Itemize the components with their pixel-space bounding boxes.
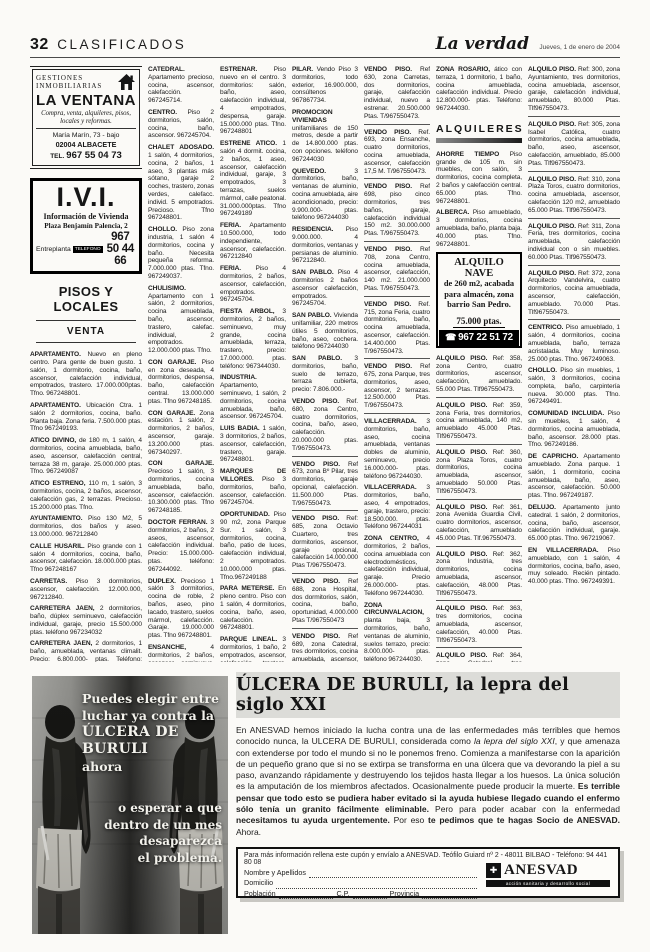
classified-ad: CARRETERA JAEN, 2 dormitorios, baño, dúp…	[30, 605, 142, 636]
ivi-floor: Entreplanta	[36, 246, 71, 253]
classified-ad: APARTAMENTO. Nuevo en pleno centro. Para…	[30, 351, 142, 398]
alquileres-listings: AHORRE TIEMPO Piso grande de 105 m. sin …	[436, 151, 522, 249]
classified-ad: INDUSTRIA. Apartamento, seminuevo, 1 sal…	[220, 374, 286, 421]
nave-phone-number: 967 22 51 72	[458, 332, 513, 343]
coupon-fields: Nombre y Apellidos Domicilio Población C…	[244, 868, 480, 900]
photo-overlay-text-bottom: o esperar a quedentro de un mesdesaparez…	[104, 800, 222, 866]
address-field-row: Domicilio	[244, 878, 480, 889]
classified-ad: VENDO PISO. Ref. 680, zona Centro, cuatr…	[292, 398, 358, 457]
column-6: ZONA ROSARIO, ático con terraza, 1 dormi…	[436, 66, 522, 662]
section-heading: 32 CLASIFICADOS	[30, 36, 186, 54]
classified-ad: ALQUILO PISO. Ref: 372, zona Arquitecto …	[528, 270, 620, 321]
classified-ad: ALQUILO PISO. Ref: 363, tres dormitorios…	[436, 605, 522, 648]
masthead: La verdad Jueves, 1 de enero de 2004	[436, 34, 620, 54]
classified-ad: CHOLLO. Piso zona industria, 1 salón 4 d…	[148, 226, 214, 281]
agency-city: 02004 ALBACETE	[36, 140, 136, 149]
classified-ad: CENTRICO. Piso amueblado, 1 salón, 4 dor…	[528, 324, 620, 363]
body-segment: Ahora.	[236, 827, 261, 837]
classified-ad: APARTAMENTO. Ubicación Ctra. 1 salón 2 d…	[30, 402, 142, 433]
body-segment: Pero para poder acabar con la enfermedad	[429, 804, 620, 814]
classified-ad: CARRETERA JAEN, 2 dormitorios, 1 baño, a…	[30, 640, 142, 662]
province-field-line	[422, 890, 477, 899]
ad-text-area: ÚLCERA DE BURULI, la lepra del siglo XXI…	[236, 672, 620, 898]
kicker-line-2: INMOBILIARIAS	[36, 82, 102, 90]
anesvad-logo-row: ✚ ANESVAD	[486, 862, 610, 879]
classified-ad: COMUNIDAD INCLUIDA. Piso sin muebles, 1 …	[528, 410, 620, 449]
anesvad-logo-text: ANESVAD	[504, 862, 578, 879]
classified-ad: PILAR. Vendo Piso 3 dormitorios, todo ex…	[292, 66, 358, 105]
house-icon	[117, 74, 136, 92]
classified-ad: ATICO ESTRENO, 110 m, 1 salón, 3 dormito…	[30, 480, 142, 511]
name-field-line	[309, 869, 477, 878]
classified-ad: VILLACERRADA. 3 dormitorios, baño, aseo,…	[364, 484, 430, 531]
province-field-label: Provincia	[390, 889, 420, 900]
agency-address: María Marín, 73 - bajo	[36, 132, 136, 139]
classified-ad: VENDO PISO. Ref. 715, zona Feria, cuatro…	[364, 301, 430, 360]
body-segment: la lepra del siglo XXI	[474, 736, 555, 746]
nave-line-1: de 260 m2, acabada	[439, 279, 519, 290]
ivi-address: Plaza Benjamín Palencia, 2	[36, 222, 136, 230]
column-4: PILAR. Vendo Piso 3 dormitorios, todo ex…	[292, 66, 358, 662]
classified-ad: ZONA CIRCUNVALACION, planta baja, 3 dorm…	[364, 602, 430, 662]
classifieds-area: GESTIONES INMOBILIARIAS LA VENTANA Compr…	[30, 66, 620, 662]
agency-tagline: Compra, venta, alquileres, pisos, locale…	[36, 110, 136, 129]
photo-overlay-line: luchar ya contra la	[82, 707, 228, 724]
classified-ad: ALQUILO PISO. Ref: 305, zona Isabel Cató…	[528, 121, 620, 172]
name-field-row: Nombre y Apellidos	[244, 868, 480, 879]
ivi-name: I.V.I.	[36, 184, 136, 211]
ivi-agency-ad: I.V.I. Información de Vivienda Plaza Ben…	[30, 178, 142, 274]
photo-overlay-line: dentro de un mes	[104, 817, 222, 834]
classified-ad: SAN PABLO. Piso 4 dormitorios 2 baños as…	[292, 269, 358, 308]
photo-overlay-line: ahora	[82, 758, 228, 775]
photo-overlay-line: el problema.	[104, 850, 222, 867]
section-title: CLASIFICADOS	[57, 37, 186, 52]
classified-ad: CENTRO. Piso 2 dormitorios, salón, cocin…	[148, 109, 214, 140]
classified-ad: LUIS BADIA. 1 salón, 3 dormitorios, 2 ba…	[220, 425, 286, 464]
classified-ad: OPORTUNIDAD. Piso 90 m2, zona Parque Sur…	[220, 511, 286, 581]
classified-ad: EN VILLACERRADA. Piso amueblado, con 1 s…	[528, 547, 620, 586]
classified-ad: ALQUILO PISO. Ref: 311, Zona Feria, tres…	[528, 223, 620, 266]
la-ventana-agency-ad: GESTIONES INMOBILIARIAS LA VENTANA Compr…	[32, 69, 140, 166]
classified-ad: DOCTOR FERRAN. 3 dormitorios, 2 baños, 2…	[148, 519, 214, 574]
classified-ad: ALQUILO PISO. Ref: 359, zona Feria, tres…	[436, 402, 522, 445]
city-field-row: Población C.P. Provincia	[244, 889, 480, 900]
column-1: GESTIONES INMOBILIARIAS LA VENTANA Compr…	[30, 66, 142, 662]
classified-ad: ESTRENAR. Piso nuevo en el centro. 3 dor…	[220, 66, 286, 136]
classified-ad: VENDO PISO. Ref 698, piso cinco dormitor…	[364, 183, 430, 242]
classified-ad: CARRETAS. Piso 3 dormitorios, ascensor, …	[30, 578, 142, 601]
page-header: 32 CLASIFICADOS La verdad Jueves, 1 de e…	[30, 28, 620, 58]
coupon-form: Para más información rellena este cupón …	[236, 847, 620, 898]
phone-label: TEL.	[50, 153, 64, 160]
classified-ad: VENDO PISO. Ref. 693, zona Ensanche, cua…	[364, 129, 430, 180]
classified-ad: CHALET ADOSADO. 1 salón, 4 dormitorios, …	[148, 144, 214, 222]
agency-name: LA VENTANA	[36, 92, 136, 109]
buruli-campaign-ad: Puedes elegir entreluchar ya contra laÚL…	[30, 668, 620, 948]
nave-title: ALQUILO NAVE	[439, 257, 519, 279]
classified-ad: ATICO DIVINO, de 180 m, 1 salón, 4 dormi…	[30, 437, 142, 476]
classified-ad: DUPLEX. Precioso 1 salón 3 dormitorios, …	[148, 578, 214, 640]
pisos-locales-title: PISOS Y LOCALES	[30, 284, 142, 314]
classified-ad: ALQUILO PISO. Ref: 358, zona Centro, cua…	[436, 355, 522, 398]
anesvad-emblem-icon: ✚	[486, 863, 501, 878]
body-segment: te pedimos que te hagas Socio de ANESVAD…	[428, 815, 620, 825]
classified-ad: CALLE HUSARIL. Piso grande con 1 salón 4…	[30, 543, 142, 574]
classified-ad: CATEDRAL. Apartamento precioso, cocina, …	[148, 66, 214, 105]
classified-ad: VENDO PISO. Ref 630, zona Carretas, dos …	[364, 66, 430, 125]
classified-ad: ZONA ROSARIO, ático con terraza, 1 dormi…	[436, 66, 522, 113]
classified-ad: VENDO PISO. Ref 675, zona Parque, tres d…	[364, 363, 430, 414]
classified-ad: VENDO PISO. Ref 673, zona Bº Pilar, tres…	[292, 461, 358, 512]
kicker-line-1: GESTIONES	[36, 74, 83, 82]
classified-ad: AHORRE TIEMPO Piso grande de 105 m. sin …	[436, 151, 522, 206]
ad-headline: ÚLCERA DE BURULI, la lepra del siglo XXI	[236, 675, 620, 715]
classified-ad: MARQUES DE VILLORES. Piso 3 dormitorios,…	[220, 468, 286, 507]
photo-overlay-line: Puedes elegir entre	[82, 690, 228, 707]
classified-ad: CON GARAJE. Piso en zona deseada, 4 dorm…	[148, 359, 214, 406]
classified-ad: FERIA. Apartamento 10.500.000, todo inde…	[220, 222, 286, 261]
classified-ad: CHULISIMO. Apartamento con 1 salón, 2 do…	[148, 285, 214, 355]
classified-ad: ALQUILO PISO. Ref: 300, zona Ayuntamient…	[528, 66, 620, 117]
classified-ad: VENDO PISO. Ref 708, zona Centro, cocina…	[364, 246, 430, 297]
photo-overlay-text-top: Puedes elegir entreluchar ya contra laÚL…	[82, 690, 228, 775]
classified-ad: CON GARAJE. Precioso 1 salón, 3 dormitor…	[148, 460, 214, 515]
classified-ad: ALQUILO PISO. Ref: 360, zona Plaza Toros…	[436, 449, 522, 500]
classified-ad: RESIDENCIA. Piso 9.000.000. 4 dormitorio…	[292, 226, 358, 265]
venta-listings: APARTAMENTO. Nuevo en pleno centro. Para…	[30, 351, 142, 662]
classified-ad: SAN PABLO. Vivienda unifamiliar, 220 met…	[292, 312, 358, 351]
column-3: ESTRENAR. Piso nuevo en el centro. 3 dor…	[220, 66, 286, 662]
name-field-label: Nombre y Apellidos	[244, 868, 306, 879]
ivi-phone-row: Entreplanta TELEFONO 967 50 44 66	[36, 231, 136, 267]
nave-price: 75.000 ptas.	[453, 316, 504, 328]
classified-ad: ALQUILO PISO. Ref: 362, zona Industria, …	[436, 551, 522, 602]
section-divider-bar	[436, 138, 522, 143]
cp-field-label: C.P.	[336, 889, 349, 900]
classified-ad: ALQUILO PISO. Ref: 361, zona Avenida Gua…	[436, 504, 522, 547]
phone-number: 967 55 04 73	[66, 150, 121, 161]
telephone-icon: ☎	[445, 332, 456, 342]
classified-ad: ALQUILO PISO. Ref: 364, zona Catedral, t…	[436, 652, 522, 662]
photo-overlay-line: o esperar a que	[104, 800, 222, 817]
nave-phone-bar: ☎967 22 51 72	[439, 330, 519, 346]
classified-ad: AYUNTAMIENTO. Piso 130 M2, 5 dormitorios…	[30, 515, 142, 538]
column-5: VENDO PISO. Ref 630, zona Carretas, dos …	[364, 66, 430, 662]
ivi-subtitle: Información de Vivienda	[36, 212, 136, 221]
classified-ad: PARA METERSE. En pleno centro. Piso con …	[220, 585, 286, 632]
classified-ad: FERIA. Piso 4 dormitorios, 2 baños, asce…	[220, 265, 286, 304]
venta-section-header: VENTA	[36, 320, 136, 343]
cp-field-line	[353, 890, 387, 899]
newspaper-page: 32 CLASIFICADOS La verdad Jueves, 1 de e…	[0, 0, 650, 952]
campaign-photo: Puedes elegir entreluchar ya contra laÚL…	[32, 676, 228, 934]
photo-overlay-line: ÚLCERA DE BURULI	[82, 724, 228, 758]
classified-ad: FIESTA ARBOL, 3 dormitorios, 2 baños, se…	[220, 308, 286, 370]
page-number: 32	[30, 36, 49, 53]
city-field-line	[279, 890, 334, 899]
nave-line-3: barrio San Pedro.	[439, 300, 519, 311]
classified-ad: DELUJO. Apartamento junto catedral. 1 sa…	[528, 504, 620, 543]
agency-kicker: GESTIONES INMOBILIARIAS	[36, 74, 136, 90]
anesvad-logo: ✚ ANESVAD acción sanitaria y desarrollo …	[486, 862, 610, 887]
alquilo-nave-boxed-ad: ALQUILO NAVE de 260 m2, acabada para alm…	[436, 252, 522, 348]
newspaper-logo: La verdad	[436, 34, 529, 54]
classified-ad: CHOLLO. Piso sin muebles, 1 salón, 3 dor…	[528, 367, 620, 406]
classified-ad: PARQUE LINEAL. 3 dormitorios, 1 baño, 2 …	[220, 636, 286, 662]
classified-ad: CON GARAJE. Zona estación. 1 salón, 2 do…	[148, 410, 214, 457]
anesvad-tagline: acción sanitaria y desarrollo social	[486, 880, 610, 887]
alquileres-listings-agency: ALQUILO PISO. Ref: 358, zona Centro, cua…	[436, 355, 522, 662]
classified-ad: VENDO PISO. Ref 688, zona Hospital, dos …	[292, 578, 358, 629]
classified-ad: VILLACERRADA. 3 dormitorios, baño, aseo,…	[364, 418, 430, 480]
venta-listings-tail: ZONA ROSARIO, ático con terraza, 1 dormi…	[436, 66, 522, 113]
address-field-line	[276, 880, 477, 889]
body-segment: necesitamos tu ayuda urgentemente.	[236, 815, 390, 825]
classified-ad: DE CAPRICHO. Apartamento amueblado. Zona…	[528, 453, 620, 500]
classified-ad: ESTRENE ATICO. 1 salón 4 dormit. cocina,…	[220, 140, 286, 218]
classified-ad: PROMOCION VIVIENDAS unifamiliares de 150…	[292, 109, 358, 164]
column-2: CATEDRAL. Apartamento precioso, cocina, …	[148, 66, 214, 662]
city-field-label: Población	[244, 889, 276, 900]
alquileres-section-header: ALQUILERES	[436, 123, 522, 135]
classified-ad: VENDO PISO. Ref 689, zona Catedral, tres…	[292, 633, 358, 662]
classified-ad: VENDO PISO. Ref: 685, zona Octavio Cuart…	[292, 515, 358, 574]
classified-ad: ENSANCHE, 4 dormitorios, 2 baños, ascens…	[148, 644, 214, 662]
ivi-phone-label: TELEFONO	[73, 246, 103, 253]
classified-ad: SAN PABLO. 3 dormitorios, baño, suelo de…	[292, 355, 358, 394]
classified-ad: ZONA CENTRO, 4 dormitorios, 2 baños, coc…	[364, 535, 430, 597]
ivi-phone-number: 967 50 44 66	[105, 231, 136, 267]
classified-ad: QUEVEDO. 3 dormitorios, baño, ventanas d…	[292, 168, 358, 223]
classified-ad: ALQUILO PISO. Ref: 310, zona Plaza Toros…	[528, 176, 620, 219]
address-field-label: Domicilio	[244, 878, 273, 889]
nave-line-2: para almacén, zona	[439, 290, 519, 301]
ad-headline-box: ÚLCERA DE BURULI, la lepra del siglo XXI	[236, 672, 620, 718]
column-7: ALQUILO PISO. Ref: 300, zona Ayuntamient…	[528, 66, 620, 662]
agency-phone: TEL.967 55 04 73	[36, 150, 136, 161]
issue-date: Jueves, 1 de enero de 2004	[539, 44, 620, 51]
body-segment: Por eso	[390, 815, 428, 825]
ad-body-text: En ANESVAD hemos iniciado la lucha contr…	[236, 725, 620, 838]
photo-overlay-line: desaparezca	[104, 833, 222, 850]
classified-ad: ALBERCA. Piso amueblado, 3 dormitorios, …	[436, 209, 522, 248]
